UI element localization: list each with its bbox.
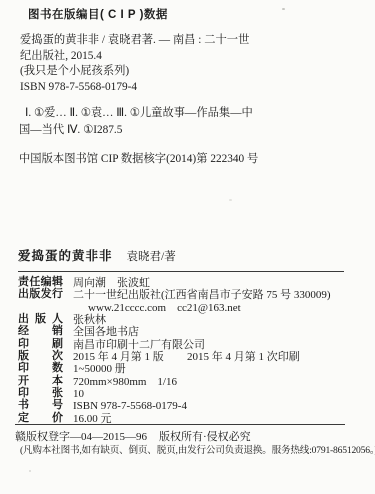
colophon-value: 周向潮 张波虹 (73, 277, 150, 289)
colophon-table: 责任编辑周向潮 张波虹 出版发行二十一世纪出版社(江西省南昌市子安路 75 号 … (18, 276, 358, 424)
colophon-value: 南昌市印刷十二厂有限公司 (73, 339, 205, 351)
colophon-row-format: 开本720mm×980mm 1/16 (18, 375, 358, 387)
cip-classification-line: 国—当代 Ⅳ. ①I287.5 (19, 122, 253, 139)
colophon-value: 720mm×980mm 1/16 (73, 376, 177, 388)
colophon-row-publisher-person: 出版人张秋林 (18, 313, 358, 325)
colophon-label: 开本 (18, 375, 63, 387)
colophon-label: 印刷 (18, 338, 63, 350)
colophon-value: 张秋林 (73, 314, 106, 326)
colophon-row-website: www.21cccc.com cc21@163.net (18, 301, 358, 313)
colophon-value: 10 (73, 388, 84, 400)
colophon-value: 二十一世纪出版社(江西省南昌市子安路 75 号 330009) (73, 289, 331, 301)
colophon-label: 书号 (18, 399, 63, 411)
scan-artifact (229, 199, 232, 201)
colophon-value: 全国各地书店 (73, 326, 139, 338)
book-author: 袁晓君/著 (127, 251, 176, 263)
cip-classification-line: Ⅰ. ①爱… Ⅱ. ①袁… Ⅲ. ①儿童故事—作品集—中 (25, 105, 253, 122)
colophon-row-price: 定价16.00 元 (18, 412, 358, 424)
cip-description-line: (我只是个小屁孩系列) (20, 64, 249, 80)
colophon-label: 印张 (18, 387, 63, 399)
cip-isbn-line: ISBN 978-7-5568-0179-4 (20, 80, 249, 96)
book-copyright-page: 图书在版编目( C I P )数据 爱捣蛋的黄非非 / 袁晓君著. — 南昌 :… (0, 0, 375, 494)
publisher-website: www.21cccc.com cc21@163.net (88, 302, 241, 314)
colophon-label: 经销 (18, 325, 63, 337)
printing-date: 2015 年 4 月第 1 次印刷 (187, 351, 300, 363)
book-title-bar: 爱捣蛋的黄非非袁晓君/著 (18, 246, 344, 272)
colophon-label: 版次 (18, 350, 63, 362)
cip-description-line: 纪出版社, 2015.4 (20, 49, 249, 65)
colophon-value: 1~50000 册 (73, 363, 126, 375)
colophon-row-print-run: 印数1~50000 册 (18, 362, 358, 374)
colophon-row-edition: 版次2015 年 4 月第 1 版2015 年 4 月第 1 次印刷 (18, 350, 358, 362)
book-price: 16.00 元 (73, 413, 112, 425)
copyright-registration-line: 赣版权登字—04—2015—96版权所有·侵权必究 (15, 424, 345, 444)
return-policy-notice: (凡购本社图书,如有缺页、倒页、脱页,由发行公司负责退换。服务热线:0791-8… (20, 442, 375, 456)
colophon-label: 定价 (18, 412, 63, 424)
cip-data-header: 图书在版编目( C I P )数据 (28, 6, 168, 22)
cip-record-number: 中国版本图书馆 CIP 数据核字(2014)第 222340 号 (19, 150, 258, 166)
book-isbn: ISBN 978-7-5568-0179-4 (73, 400, 187, 412)
colophon-label: 责任编辑 (18, 276, 63, 288)
colophon-row-sheets: 印张10 (18, 387, 358, 399)
book-title: 爱捣蛋的黄非非 (18, 249, 113, 263)
colophon-row-editor: 责任编辑周向潮 张波虹 (18, 276, 358, 288)
colophon-label: 出版人 (18, 313, 63, 325)
scan-artifact (29, 470, 31, 472)
cip-description: 爱捣蛋的黄非非 / 袁晓君著. — 南昌 : 二十一世 纪出版社, 2015.4… (20, 33, 249, 95)
cip-classification: Ⅰ. ①爱… Ⅱ. ①袁… Ⅲ. ①儿童故事—作品集—中 国—当代 Ⅳ. ①I2… (19, 105, 253, 139)
colophon-label: 出版发行 (18, 288, 63, 300)
colophon-row-publisher: 出版发行二十一世纪出版社(江西省南昌市子安路 75 号 330009) (18, 288, 358, 300)
colophon-row-distribution: 经销全国各地书店 (18, 325, 358, 337)
scan-artifact (282, 8, 285, 10)
colophon-row-isbn: 书号ISBN 978-7-5568-0179-4 (18, 399, 358, 411)
colophon-row-printing: 印刷南昌市印刷十二厂有限公司 (18, 338, 358, 350)
cip-description-line: 爱捣蛋的黄非非 / 袁晓君著. — 南昌 : 二十一世 (20, 33, 249, 49)
colophon-label: 印数 (18, 362, 63, 374)
